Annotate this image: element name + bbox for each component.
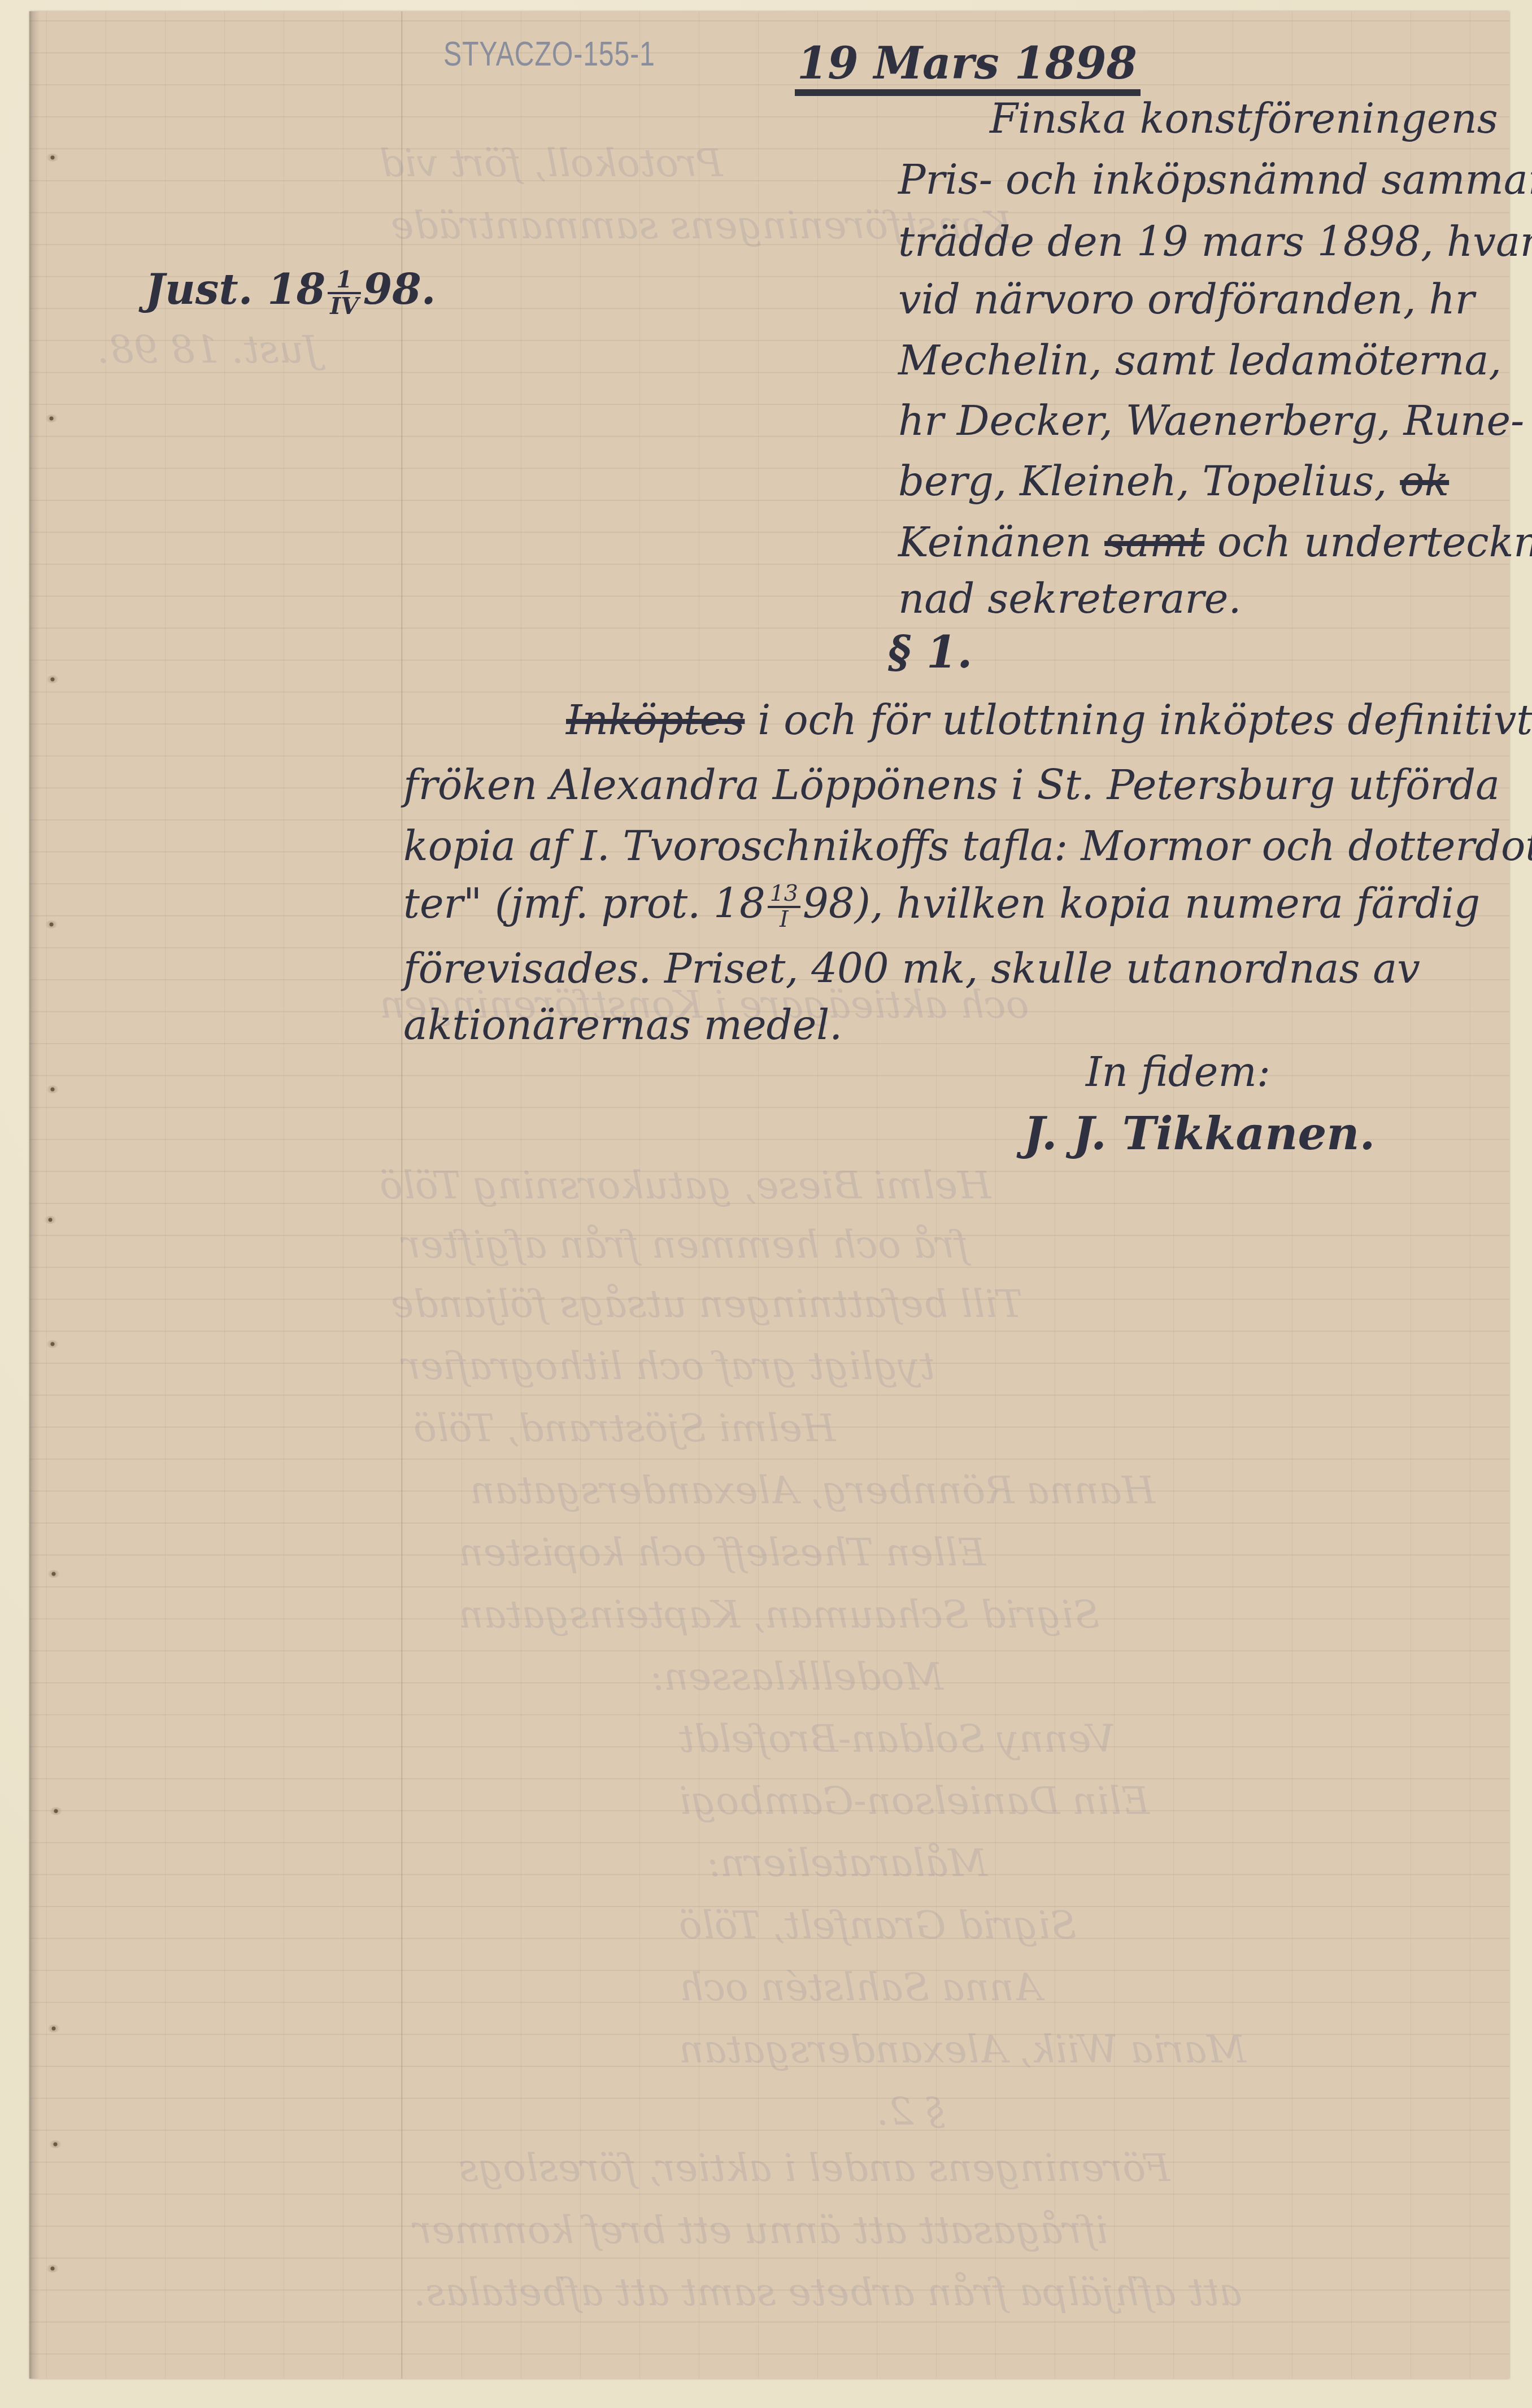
bleed-through-text: Föreningens andel i aktier, föreslogs (459, 2146, 1170, 2191)
margin-note-fraction: 1IV (328, 268, 361, 318)
bleed-through-text: Protokoll, fört vid (380, 141, 723, 186)
archive-reference-number: STYACZO-155-1 (443, 34, 655, 74)
struck-word: ok (1400, 457, 1449, 505)
bleed-through-text: Målarateliern: (707, 1841, 987, 1886)
bleed-through-text: Anna Sahlstén och (679, 1965, 1042, 2010)
intro-line-6: hr Decker, Waenerberg, Rune- (898, 398, 1524, 443)
bleed-through-text: tygligt graf och lithografier (402, 1344, 935, 1389)
date-heading: 19 Mars 1898 (795, 38, 1141, 96)
pin-hole (46, 2265, 59, 2272)
justification-margin-note: Just. 181IV98. (145, 265, 436, 318)
bleed-through-text: Elin Danielson-Gambogi (679, 1779, 1150, 1824)
section-mark: § 1. (888, 627, 972, 678)
bleed-through-text: Ellen Thesleff och kopisten (459, 1530, 986, 1575)
intro-line-5: Mechelin, samt ledamöterna, (898, 338, 1501, 383)
bleed-through-text: ifrågasatt att ännu ett bref kommer (414, 2208, 1108, 2253)
pin-hole (45, 921, 58, 928)
bleed-through-text: Venny Soldan-Brofeldt (679, 1717, 1115, 1761)
pin-hole (46, 1340, 59, 1348)
pin-hole (50, 1807, 62, 1815)
margin-note-suffix: 98. (363, 265, 436, 314)
pin-hole (46, 675, 59, 683)
pin-hole (47, 1570, 60, 1578)
pin-hole (46, 154, 59, 162)
intro-line-3: trädde den 19 mars 1898, hvar- (898, 219, 1532, 264)
margin-rule (401, 11, 402, 2379)
bleed-through-text: frå och hemmen från afgifter (402, 1223, 969, 1267)
intro-line-4: vid närvoro ordföranden, hr (898, 277, 1474, 322)
section-line-4: ter" (jmf. prot. 1813I98), hvilken kopia… (403, 881, 1480, 932)
bleed-through-text: Just. 18 98. (97, 328, 319, 372)
intro-line-9: nad sekreterare. (898, 576, 1241, 621)
pin-hole (45, 415, 58, 422)
bleed-through-text: Helmi Sjöstrand, Tölö (414, 1406, 835, 1451)
bleed-through-text: Sigrid Granfelt, Tölö (679, 1903, 1077, 1948)
bleed-through-text: Sigrid Schauman, Kapteinsgatan (459, 1593, 1100, 1637)
pin-hole (49, 2140, 62, 2148)
margin-note-prefix: Just. 18 (145, 265, 325, 314)
intro-line-8: Keinänen samt och undertecknad, (898, 520, 1532, 565)
struck-word: Inköptes (566, 696, 745, 744)
protocol-ref-fraction: 13I (768, 882, 800, 931)
pin-hole (46, 1085, 59, 1093)
bleed-through-text: Till befattningen utsågs följande (391, 1282, 1023, 1327)
section-line-1: Inköptes i och för utlottning inköptes d… (566, 697, 1532, 743)
signature: J. J. Tikkanen. (1024, 1107, 1375, 1160)
pin-hole (47, 2025, 60, 2032)
attestation-in-fidem: In fidem: (1086, 1049, 1270, 1094)
bleed-through-text: Modellklassen: (651, 1655, 943, 1699)
bleed-through-text: att afhjälpa från arbete samt att afbeta… (414, 2270, 1242, 2315)
section-line-5: förevisades. Priset, 400 mk, skulle utan… (403, 946, 1420, 991)
bleed-through-text: Hanna Rönnberg, Alexandersgatan (470, 1468, 1155, 1513)
bleed-through-text: § 2. (877, 2089, 945, 2134)
intro-line-1: Finska konstföreningens (990, 96, 1498, 141)
section-line-6: aktionärernas medel. (403, 1002, 842, 1048)
section-line-2: fröken Alexandra Löppönens i St. Petersb… (403, 762, 1500, 808)
intro-line-7: berg, Kleineh, Topelius, ok (898, 459, 1449, 504)
bleed-through-text: Helmi Biese, gatukorsning Tölö (380, 1163, 991, 1208)
manuscript-page: Protokoll, fört vid Konstföreningens sam… (29, 11, 1509, 2379)
intro-line-2: Pris- och inköpsnämnd samman- (898, 157, 1532, 202)
pin-hole (44, 1216, 56, 1224)
bleed-through-text: Maria Wiik, Alexandersgatan (679, 2027, 1246, 2072)
struck-word: samt (1104, 518, 1204, 566)
section-line-3: kopia af I. Tvoroschnikoffs tafla: Mormo… (403, 823, 1532, 869)
